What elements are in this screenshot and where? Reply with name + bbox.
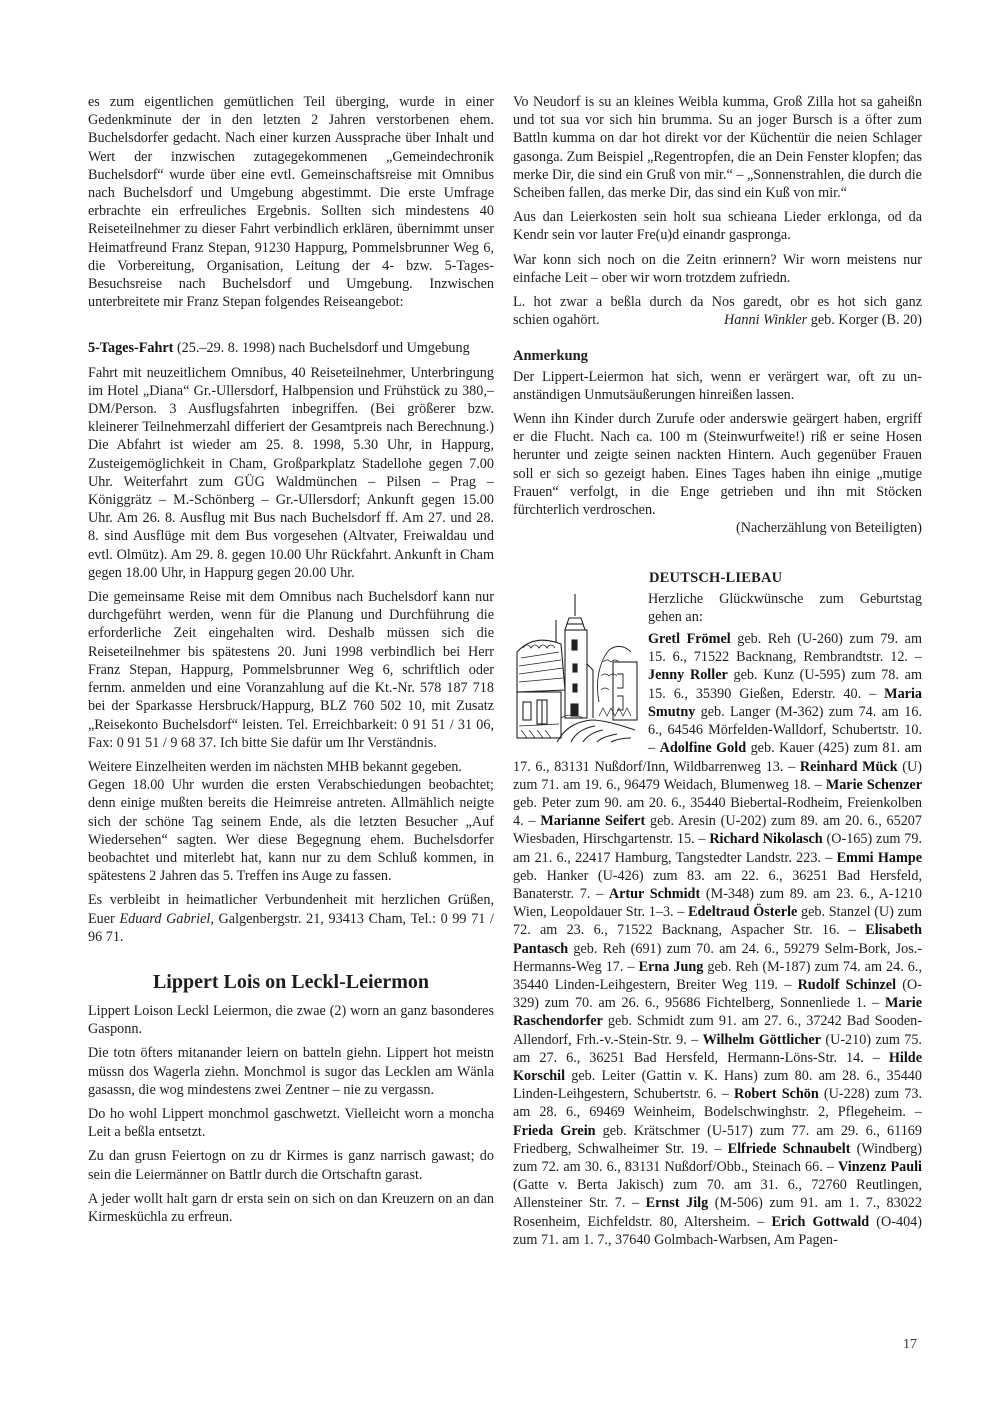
story-last-line: L. hot zwar a beßla durch da Nos garedt,… — [513, 293, 922, 311]
closing-paragraph: Es verbleibt in heimatlicher Verbundenhe… — [88, 891, 494, 946]
birthday-entry: Gretl Frömel geb. Reh (U-260) zum 79. am… — [648, 631, 922, 665]
closing-author: Eduard Gabriel — [119, 911, 210, 927]
birthday-entry-name: Marianne Seifert — [540, 813, 645, 829]
story-author-name: Hanni Winkler — [724, 312, 807, 328]
birthday-entry-name: Reinhard Mück — [800, 759, 898, 775]
story-last-line-end: schien ogahört. — [513, 311, 600, 329]
right-column: Vo Neudorf is su an kleines Weibla kumma… — [513, 93, 922, 1255]
birthday-entry-name: Erna Jung — [639, 959, 704, 975]
story-paragraph: Aus dan Leierkosten sein holt sua schiea… — [513, 208, 922, 244]
story-paragraph: Vo Neudorf is su an kleines Weibla kumma… — [513, 93, 922, 202]
spacer — [88, 317, 494, 339]
registration-paragraph: Die gemeinsame Reise mit dem Omnibus nac… — [88, 588, 494, 752]
birthday-entry-name: Wilhelm Göttlicher — [703, 1032, 821, 1048]
birthday-entry-name: Erich Gottwald — [771, 1214, 869, 1230]
birthday-entry-name: Frieda Grein — [513, 1123, 596, 1139]
birthday-entry-name: Robert Schön — [734, 1086, 819, 1102]
story-paragraph: Die totn öfters mitanander leiern on bat… — [88, 1044, 494, 1099]
birthday-entry-name: Artur Schmidt — [609, 886, 700, 902]
birthday-entry-name: Jenny Roller — [648, 667, 728, 683]
birthday-entry-name: Adolfine Gold — [660, 740, 747, 756]
birthday-entry-name: Rudolf Schinzel — [798, 977, 896, 993]
spacer — [513, 543, 922, 569]
story-paragraph: War konn sich noch on die Zeitn erinnern… — [513, 251, 922, 287]
town-heading: DEUTSCH-LIEBAU — [513, 569, 922, 587]
story-paragraph: A jeder wollt halt garn dr ersta sein on… — [88, 1190, 494, 1226]
birthday-section: Herzliche Glückwünsche zum Geburtstag ge… — [513, 590, 922, 1249]
note-paragraph: Wenn ihn Kinder durch Zurufe oder anders… — [513, 410, 922, 519]
trip-heading-bold: 5-Tages-Fahrt — [88, 340, 173, 356]
birthday-entry-name: Elfriede Schnaubelt — [728, 1141, 851, 1157]
birthday-entry-name: Ernst Jilg — [646, 1195, 709, 1211]
story-author-info: geb. Korger (B. 20) — [807, 312, 922, 328]
further-details-paragraph: Weitere Einzelheiten werden im nächsten … — [88, 758, 494, 776]
trip-details: Fahrt mit neuzeitlichem Omnibus, 40 Reis… — [88, 364, 494, 582]
birthday-entry: Jenny Roller geb. Kunz (U-595) zum 78. a… — [648, 667, 922, 701]
birthday-entry-name: Vinzenz Pau­li — [838, 1159, 922, 1175]
note-heading: Anmerkung — [513, 347, 922, 365]
left-column: es zum eigentlichen gemütlichen Teil übe… — [88, 93, 494, 1232]
note-source: (Nacherzählung von Beteiligten) — [513, 519, 922, 537]
note-paragraph: Der Lippert-Leiermon hat sich, wenn er v… — [513, 368, 922, 404]
story-closing: L. hot zwar a beßla durch da Nos garedt,… — [513, 293, 922, 329]
page-number: 17 — [903, 1337, 917, 1353]
birthday-entry-name: Edeltraud Österle — [688, 904, 797, 920]
birthday-entry-name: Gretl Frömel — [648, 631, 731, 647]
story-paragraph: Lippert Loison Leckl Leiermon, die zwae … — [88, 1002, 494, 1038]
spacer — [513, 335, 922, 347]
story-paragraph: Zu dan grusn Feiertogn on zu dr Kirmes i… — [88, 1147, 494, 1183]
story-title: Lippert Lois on Leckl-Leiermon — [88, 970, 494, 994]
story-paragraph: Do ho wohl Lippert monchmol gaschwetzt. … — [88, 1105, 494, 1141]
story-author: Hanni Winkler geb. Korger (B. 20) — [724, 311, 922, 329]
trip-heading-rest: (25.–29. 8. 1998) nach Buchelsdorf und U… — [173, 340, 469, 356]
village-church-sketch-icon — [513, 592, 638, 744]
intro-paragraph: es zum eigentlichen gemütlichen Teil übe… — [88, 93, 494, 311]
birthday-entry-name: Emmi Hampe — [837, 850, 922, 866]
farewell-paragraph: Gegen 18.00 Uhr wurden die ersten Verabs… — [88, 776, 494, 885]
story-signature-line: schien ogahört. Hanni Winkler geb. Korge… — [513, 311, 922, 329]
trip-heading: 5-Tages-Fahrt (25.–29. 8. 1998) nach Buc… — [88, 339, 494, 357]
birthday-entry-name: Richard Nikolasch — [709, 831, 822, 847]
birthday-entry-name: Marie Schenzer — [826, 777, 922, 793]
